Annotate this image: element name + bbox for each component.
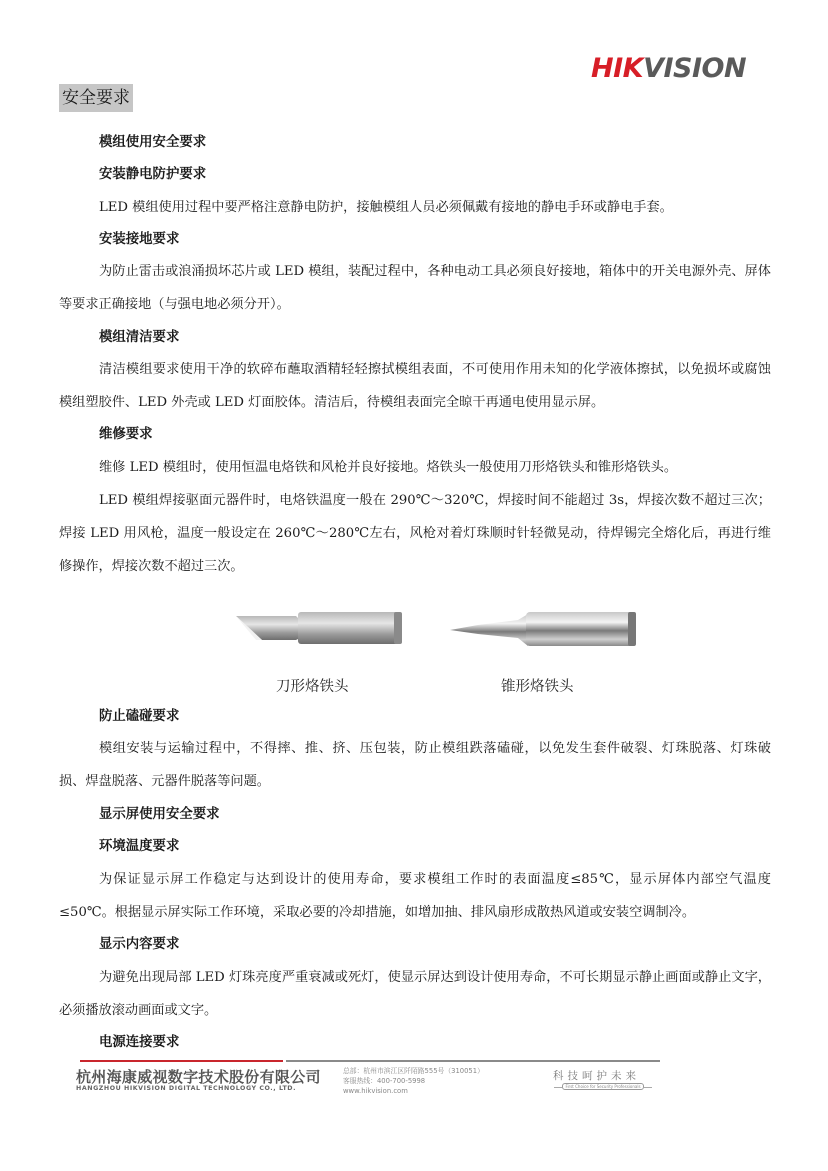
hikvision-logo: HIKVISION [591,52,746,86]
heading-collision: 防止磕碰要求 [99,708,179,726]
footer-company-en: HANGZHOU HIKVISION DIGITAL TECHNOLOGY CO… [76,1085,296,1092]
paragraph-repair-1: 维修 LED 模组时，使用恒温电烙铁和风枪并良好接地。烙铁头一般使用刀形烙铁头和… [59,451,771,484]
paragraph-cleaning: 清洁模组要求使用干净的软碎布蘸取酒精轻轻擦拭模组表面，不可使用作用未知的化学液体… [59,353,771,419]
paragraph-collision: 模组安装与运输过程中，不得摔、推、挤、压包装，防止模组跌落磕碰，以免发生套件破裂… [59,732,771,798]
knife-tip-caption: 刀形烙铁头 [276,675,349,696]
footer-website: www.hikvision.com [343,1087,408,1097]
paragraph-grounding: 为防止雷击或浪涌损坏芯片或 LED 模组，装配过程中，各种电动工具必须良好接地，… [59,255,771,321]
cone-tip-image [448,606,638,650]
heading-temperature: 环境温度要求 [99,838,179,856]
logo-hik: HIK [591,53,643,84]
heading-power: 电源连接要求 [99,1034,179,1052]
footer-slogan-en: First Choice for Security Professionals [553,1084,653,1089]
section-heading-screen-safety: 显示屏使用安全要求 [99,806,220,824]
footer-slogan-en-text: First Choice for Security Professionals [562,1083,643,1090]
heading-repair: 维修要求 [99,426,153,444]
footer-company-cn: 杭州海康威视数字技术股份有限公司 [76,1066,321,1087]
footer-address: 总部：杭州市滨江区阡陌路555号（310051） [343,1067,484,1077]
page-title: 安全要求 [59,84,133,112]
paragraph-content: 为避免出现局部 LED 灯珠亮度严重衰减或死灯，使显示屏达到设计使用寿命，不可长… [59,961,771,1027]
footer-slogan-cn: 科技呵护未来 [553,1068,640,1083]
paragraph-temperature: 为保证显示屏工作稳定与达到设计的使用寿命，要求模组工作时的表面温度≤85℃，显示… [59,863,771,929]
footer-hotline: 客服热线：400-700-5998 [343,1077,425,1087]
paragraph-esd: LED 模组使用过程中要严格注意静电防护，接触模组人员必须佩戴有接地的静电手环或… [59,191,771,224]
knife-tip-image [234,610,406,646]
paragraph-repair-2: LED 模组焊接驱面元器件时，电烙铁温度一般在 290℃～320℃，焊接时间不能… [59,484,771,583]
footer-divider-red [80,1060,283,1062]
heading-cleaning: 模组清洁要求 [99,329,179,347]
logo-vision: VISION [643,53,746,84]
heading-content: 显示内容要求 [99,936,179,954]
footer-divider-gray [286,1060,660,1062]
cone-tip-caption: 锥形烙铁头 [501,675,574,696]
heading-esd: 安装静电防护要求 [99,166,206,184]
section-heading-module-safety: 模组使用安全要求 [99,134,206,152]
heading-grounding: 安装接地要求 [99,231,179,249]
